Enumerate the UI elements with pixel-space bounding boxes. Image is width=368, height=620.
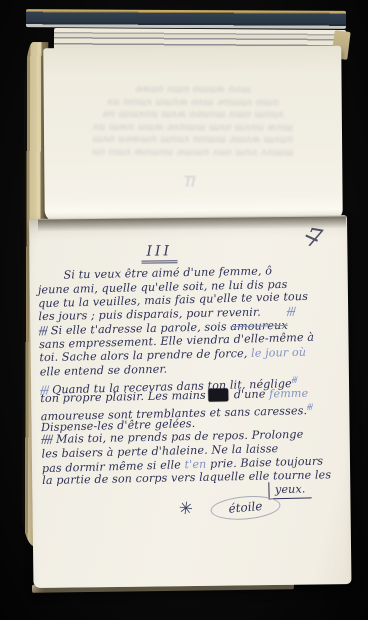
text-segment: ton propre plaisir. Les mains [40,389,206,405]
show-through-line: mmuv vum onv umme numow vmu on [50,145,336,159]
text-segment: elle entend se donner. [40,362,168,378]
previous-chapter-numeral: II [184,175,195,189]
photo-backdrop: mmuv vum onv umme numow vmu onunvm wvme … [0,0,368,620]
text-segment: le jour où [251,346,306,360]
show-through-line: mvu wnmo umv onwe [50,83,336,97]
notebook-cover-edge [26,9,346,29]
text-segment: /// [307,402,312,411]
manuscript-page: 7 III Si tu veux être aimé d'une femme, … [29,215,351,588]
flipped-previous-page: mmuv vum onv umme numow vmu onunvm wvme … [43,46,343,223]
circled-word-label: étoile [228,499,263,516]
text-segment: /// [292,375,297,384]
show-through-line: vnum omv muneo wvm nuvmm ue [50,108,336,122]
show-through-line: muw nuvm ovm mmuve wmn uwm nv [50,120,336,134]
footnote-annotations: ✳ étoile [178,496,280,520]
asterisk-star-mark: ✳ [177,498,194,520]
page-number: 7 [304,222,324,253]
show-through-line: umo vnmue mvo wumn vmou nv [50,95,336,109]
show-through-line: unvm wvme mmou vnum umwen ovm [50,133,336,147]
manuscript-text: Si tu veux être aimé d'une femme, ôjeune… [37,263,347,503]
text-segment: t'en [184,457,206,471]
text-segment: femme [269,387,308,401]
text-segment: d'une [230,388,269,402]
text-segment: /// [287,305,296,318]
text-segment [261,305,287,319]
show-through-text: mmuv vum onv umme numow vmu onunvm wvme … [50,83,336,160]
crossed-out-word [208,388,229,401]
text-segment: //// [41,433,52,446]
circled-word: étoile [210,494,282,523]
chapter-heading: III [141,243,177,263]
